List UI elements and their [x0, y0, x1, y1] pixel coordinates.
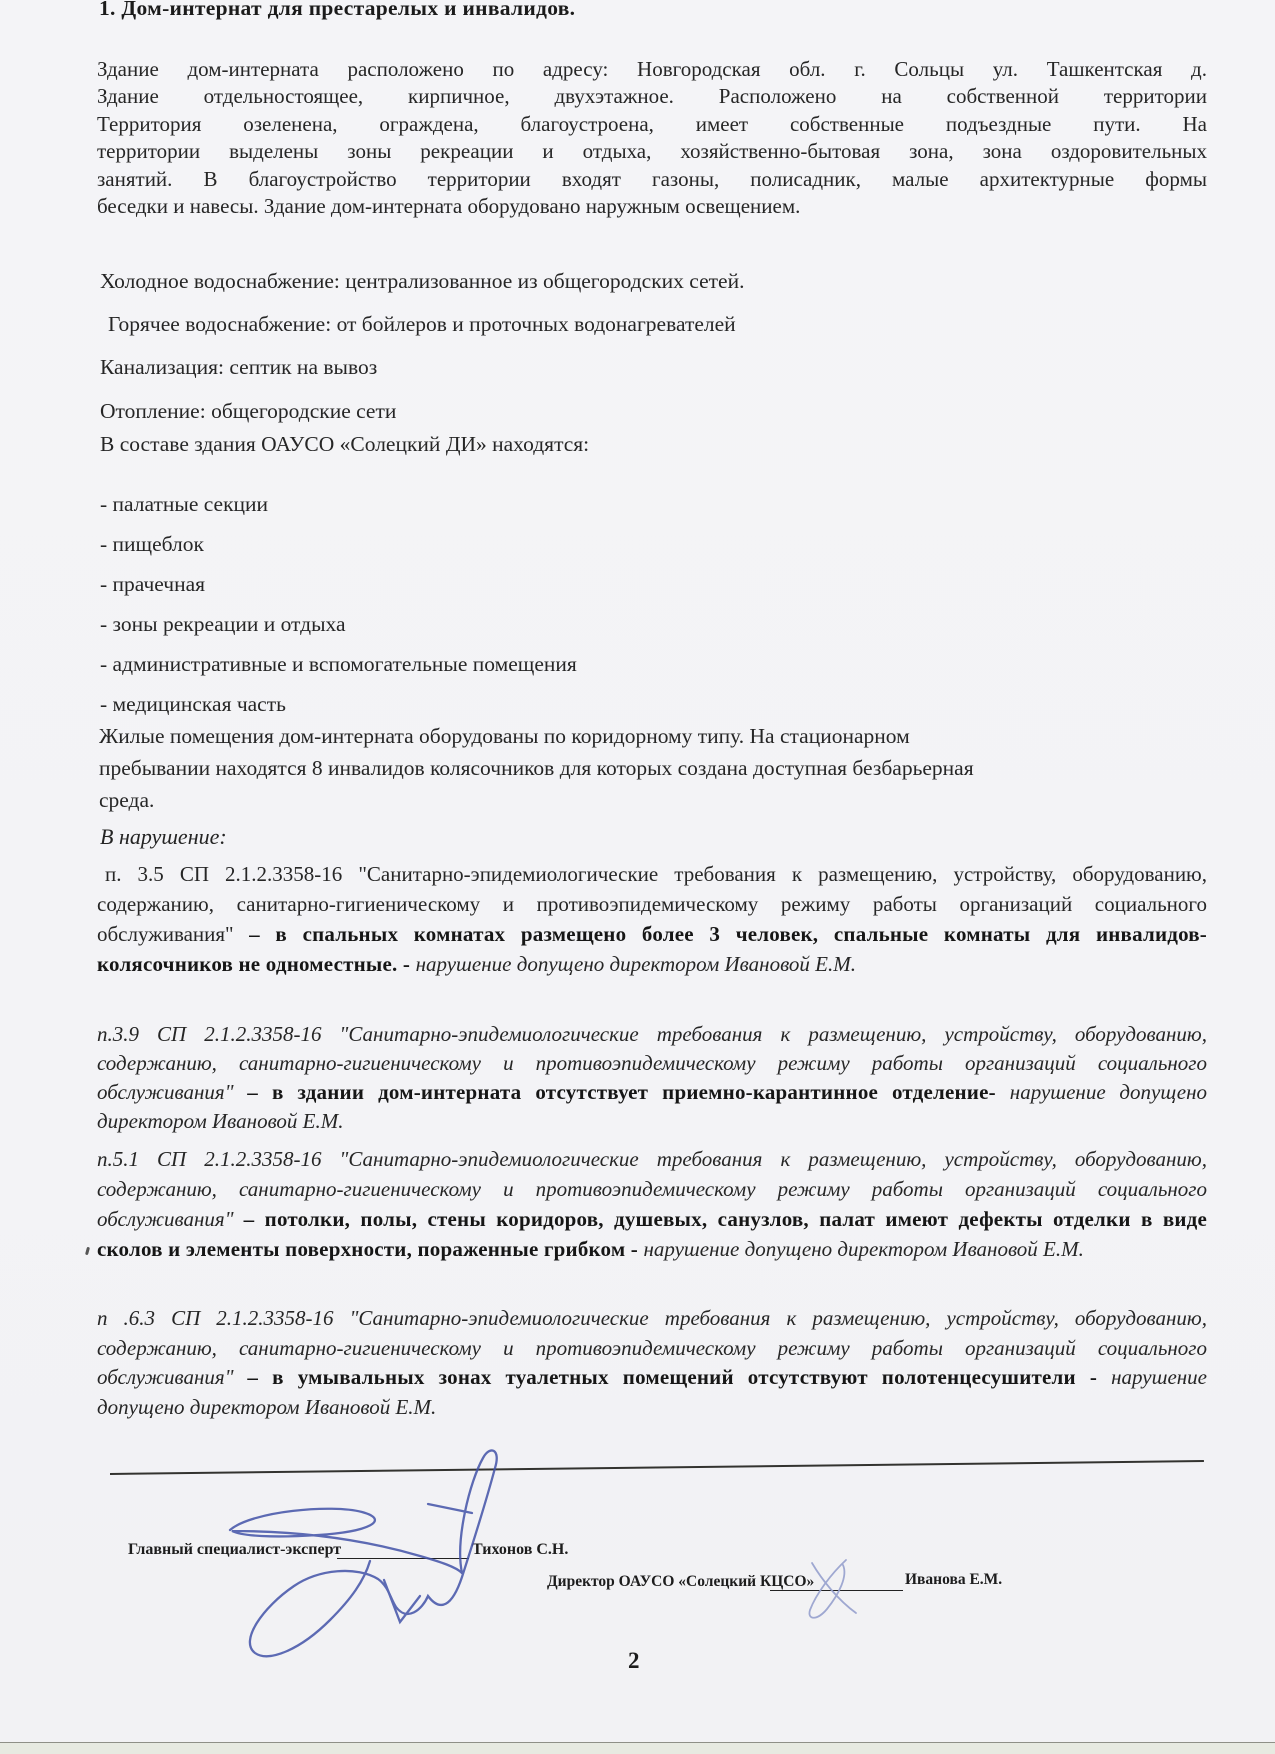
- text-line: занятий. В благоустройство территории вх…: [97, 166, 1207, 193]
- text-line: Здание отдельностоящее, кирпичное, двухэ…: [97, 83, 1207, 110]
- text-segment: нарушение допущено директором Ивановой Е…: [416, 952, 856, 976]
- text-line: беседки и навесы. Здание дом-интерната о…: [97, 193, 1207, 220]
- text-line: Здание дом-интерната расположено по адре…: [97, 56, 1207, 83]
- signature-rule-line: [110, 1460, 1204, 1475]
- intro-paragraph: Здание дом-интерната расположено по адре…: [97, 56, 1207, 220]
- text-segment: – в здании дом-интерната отсутствует при…: [247, 1080, 1010, 1104]
- text-line: среда.: [99, 784, 1214, 816]
- scan-artifact-speck: [85, 1247, 90, 1256]
- text-line: Территория озеленена, ограждена, благоус…: [97, 111, 1207, 138]
- text-line: - пищеблок: [100, 524, 1000, 564]
- text-line: - медицинская часть: [100, 684, 1000, 724]
- expert-name-label: Тихонов С.Н.: [472, 1541, 568, 1559]
- violation-paragraph-5-1: п.5.1 СП 2.1.2.3358-16 "Санитарно-эпидем…: [97, 1144, 1207, 1264]
- text-line: Жилые помещения дом-интерната оборудован…: [99, 720, 1214, 752]
- director-name-label: Иванова Е.М.: [905, 1571, 1002, 1589]
- page-number: 2: [628, 1648, 640, 1674]
- text-segment: – в умывальных зонах туалетных помещений…: [247, 1365, 1111, 1389]
- director-signature-underline: [770, 1574, 903, 1591]
- text-segment: нарушение допущено директором Ивановой Е…: [643, 1237, 1083, 1261]
- text-line: - палатные секции: [100, 484, 1000, 524]
- sewerage-line: Канализация: септик на вывоз: [100, 355, 377, 380]
- composition-list: - палатные секции- пищеблок- прачечная- …: [100, 484, 1000, 724]
- text-line: пребывании находятся 8 инвалидов колясоч…: [99, 752, 1214, 784]
- composition-intro: В составе здания ОАУСО «Солецкий ДИ» нах…: [100, 432, 589, 457]
- cold-water-line: Холодное водоснабжение: централизованное…: [100, 269, 744, 294]
- text-line: территории выделены зоны рекреации и отд…: [97, 138, 1207, 165]
- scanned-document-page: 1. Дом-интернат для престарелых и инвали…: [0, 0, 1275, 1754]
- text-line: - зоны рекреации и отдыха: [100, 604, 1000, 644]
- heating-line: Отопление: общегородские сети: [100, 399, 396, 424]
- scanner-edge-band: [0, 1742, 1275, 1754]
- residential-paragraph: Жилые помещения дом-интерната оборудован…: [99, 720, 1214, 816]
- text-line: - административные и вспомогательные пом…: [100, 644, 1000, 684]
- hot-water-line: Горячее водоснабжение: от бойлеров и про…: [108, 312, 736, 337]
- violation-paragraph-3-9: п.3.9 СП 2.1.2.3358-16 "Санитарно-эпидем…: [97, 1020, 1207, 1136]
- page-title: 1. Дом-интернат для престарелых и инвали…: [99, 0, 1219, 21]
- text-line: - прачечная: [100, 564, 1000, 604]
- violation-paragraph-3-5: п. 3.5 СП 2.1.2.3358-16 "Санитарно-эпиде…: [97, 859, 1207, 979]
- expert-signature-underline: [337, 1542, 469, 1559]
- violation-paragraph-6-3: п .6.3 СП 2.1.2.3358-16 "Санитарно-эпиде…: [97, 1304, 1207, 1422]
- violations-heading: В нарушение:: [100, 824, 227, 850]
- expert-role-label: Главный специалист-эксперт: [128, 1541, 341, 1559]
